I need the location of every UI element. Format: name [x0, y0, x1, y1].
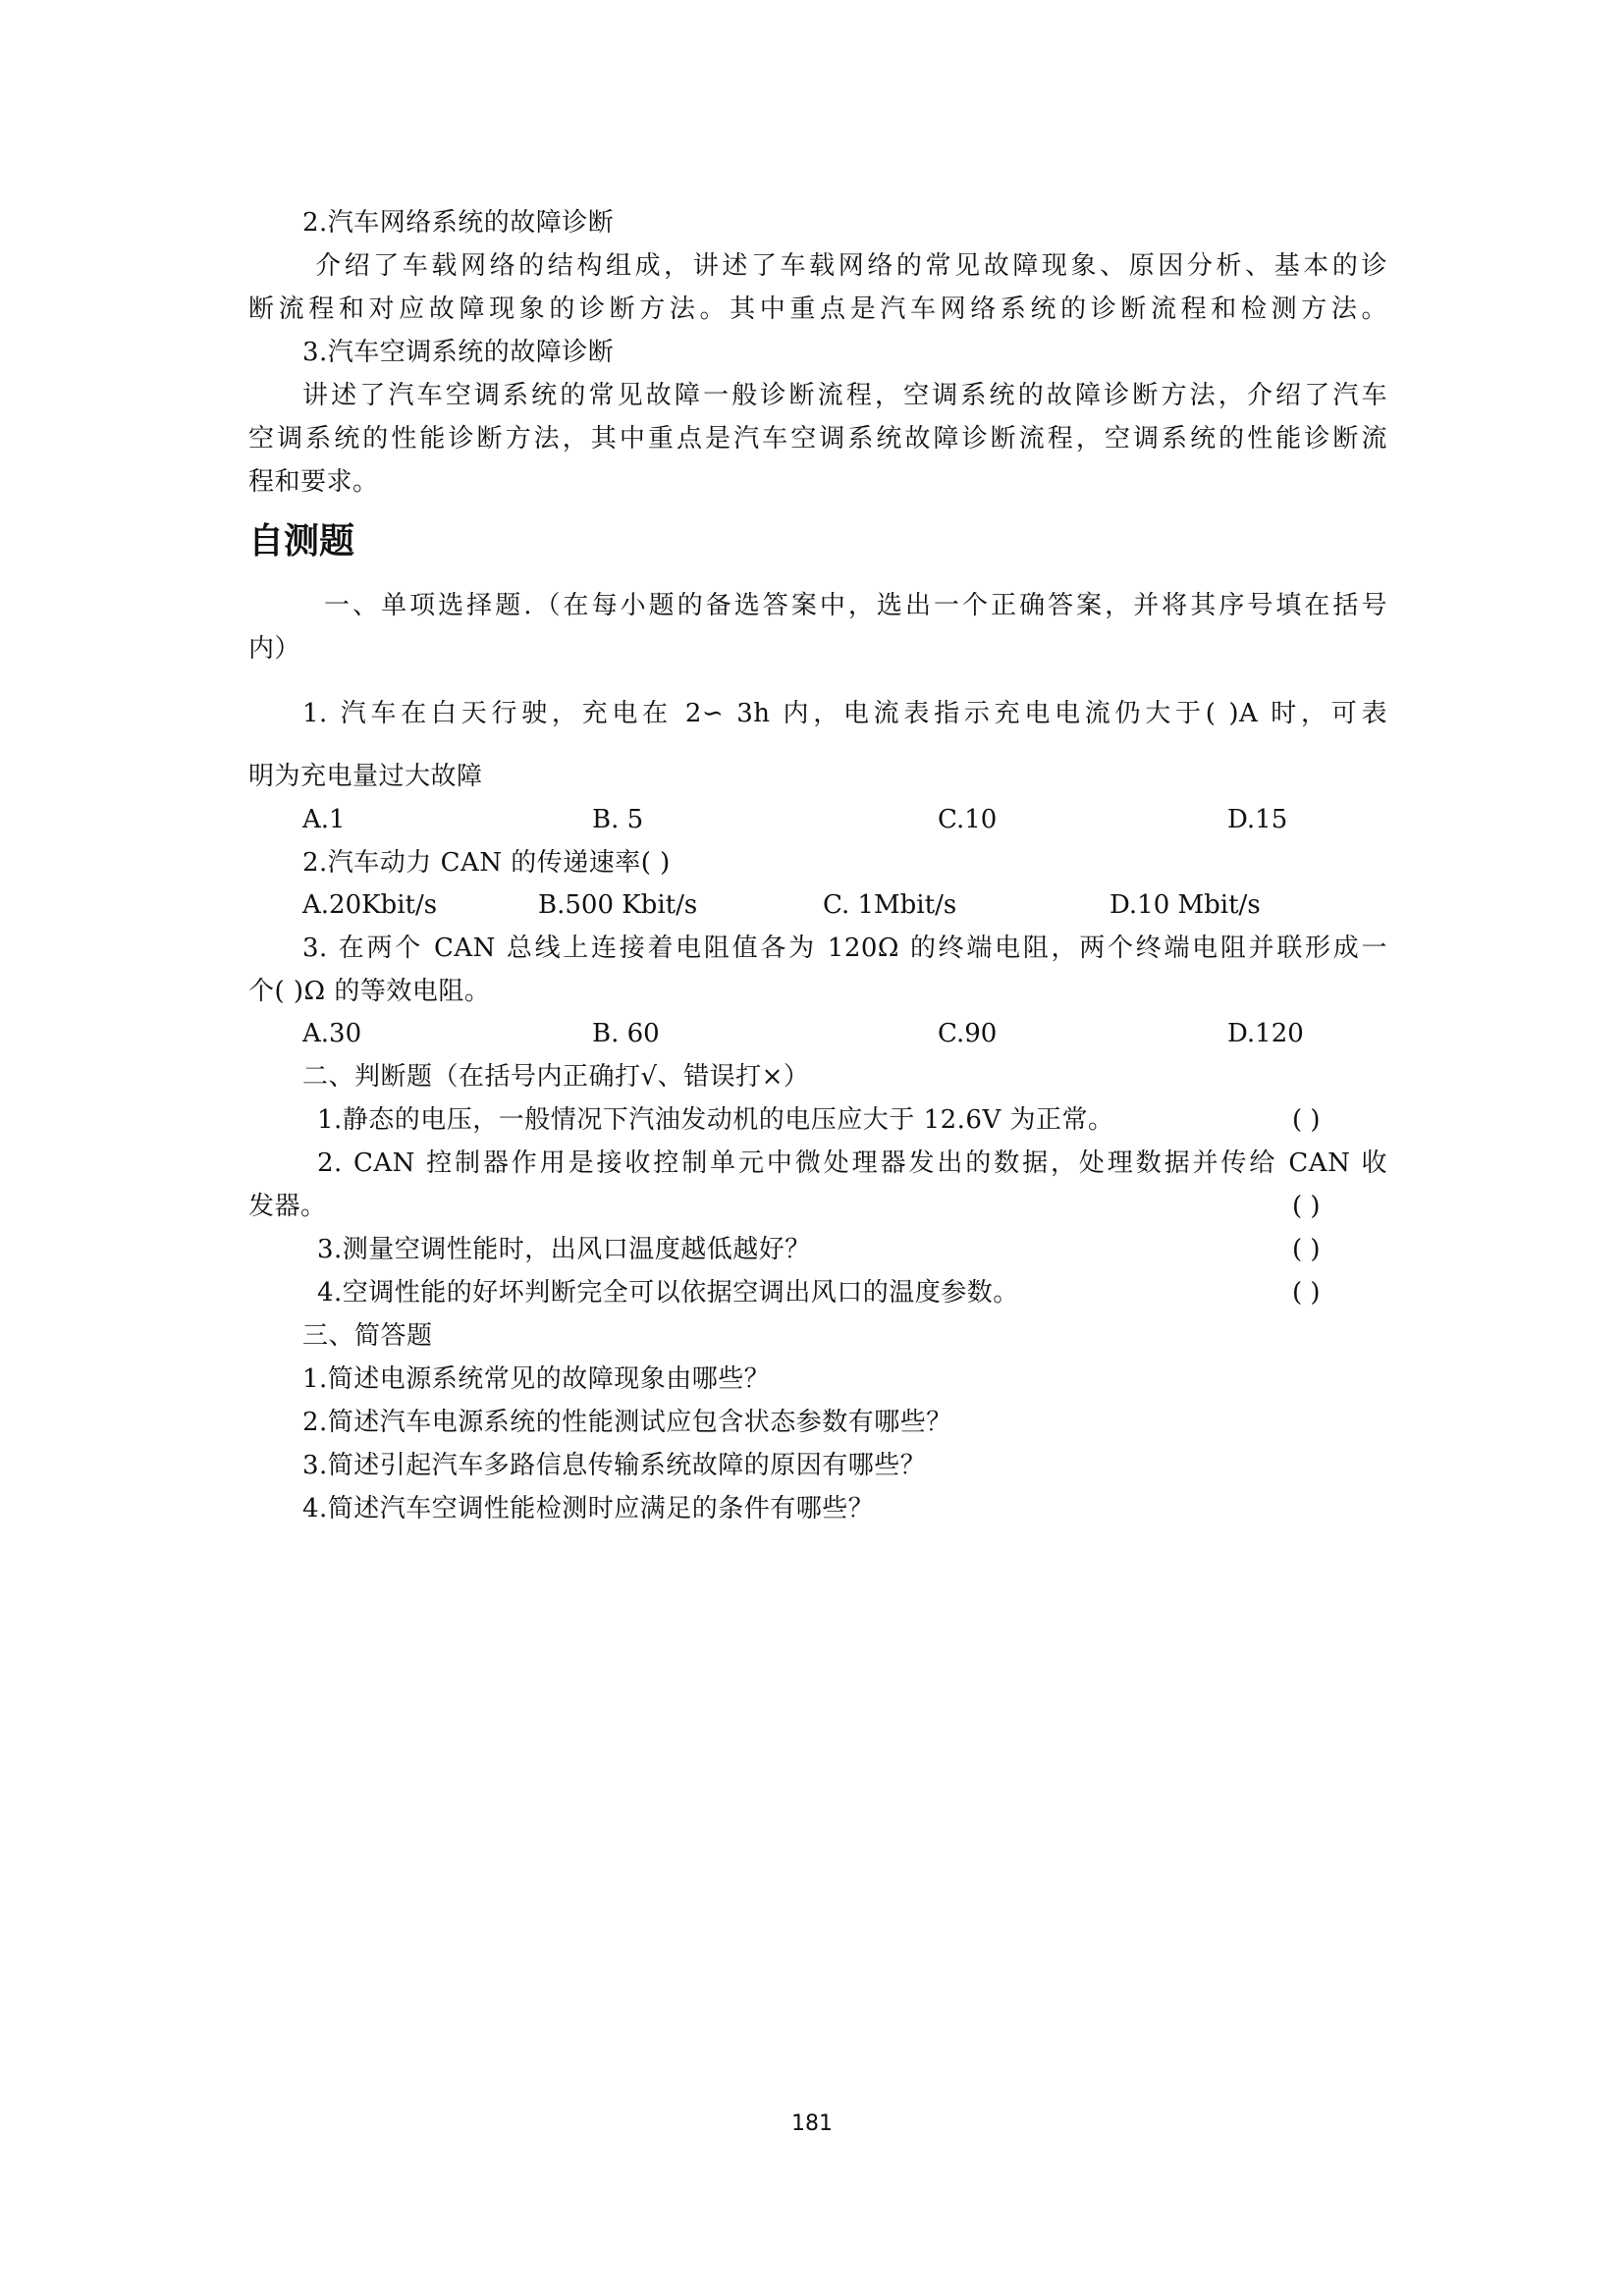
paragraph-line: 空调系统的性能诊断方法，其中重点是汽车空调系统故障诊断流程，空调系统的性能诊断流: [248, 422, 1387, 455]
q2-option-b: B.500 Kbit/s: [538, 888, 697, 922]
q2-option-d: D.10 Mbit/s: [1110, 888, 1261, 922]
part1-heading-cont: 内）: [248, 632, 1387, 666]
judge-2-answer-blank: ( ): [1292, 1190, 1321, 1223]
judge-1-answer-blank: ( ): [1292, 1103, 1321, 1137]
paragraph-line: 断流程和对应故障现象的诊断方法。其中重点是汽车网络系统的诊断流程和检测方法。: [248, 293, 1387, 326]
paragraph-line: 程和要求。: [248, 465, 1387, 499]
q2-option-c: C. 1Mbit/s: [823, 888, 956, 922]
section-title-network: 2.汽车网络系统的故障诊断: [302, 206, 1387, 240]
part2-heading: 二、判断题（在括号内正确打√、错误打×）: [302, 1060, 1387, 1094]
question-3-text-cont: 个( )Ω 的等效电阻。: [248, 975, 1387, 1008]
judge-2-text-cont: 发器。: [248, 1190, 1387, 1223]
part3-heading: 三、简答题: [302, 1319, 1387, 1353]
q1-option-b: B. 5: [592, 803, 643, 836]
part1-heading: 一、单项选择题.（在每小题的备选答案中，选出一个正确答案，并将其序号填在括号: [324, 589, 1387, 622]
judge-3-answer-blank: ( ): [1292, 1233, 1321, 1266]
q1-option-c: C.10: [938, 803, 997, 836]
paragraph-line: 介绍了车载网络的结构组成，讲述了车载网络的常见故障现象、原因分析、基本的诊: [315, 249, 1387, 283]
question-3-text: 3. 在两个 CAN 总线上连接着电阻值各为 120Ω 的终端电阻，两个终端电阻…: [302, 932, 1387, 965]
q1-option-a: A.1: [302, 803, 346, 836]
document-page: 2.汽车网络系统的故障诊断 介绍了车载网络的结构组成，讲述了车载网络的常见故障现…: [0, 0, 1624, 2296]
page-number: 181: [0, 2111, 1624, 2136]
q3-option-c: C.90: [938, 1017, 997, 1050]
q3-option-a: A.30: [302, 1017, 361, 1050]
short-answer-3: 3.简述引起汽车多路信息传输系统故障的原因有哪些？: [302, 1449, 1387, 1482]
short-answer-2: 2.简述汽车电源系统的性能测试应包含状态参数有哪些？: [302, 1406, 1387, 1439]
q3-option-b: B. 60: [592, 1017, 660, 1050]
question-1-text: 1. 汽车在白天行驶，充电在 2∽ 3h 内，电流表指示充电电流仍大于( )A …: [302, 697, 1387, 730]
q1-option-d: D.15: [1227, 803, 1287, 836]
quiz-title: 自测题: [248, 520, 354, 563]
question-2-text: 2.汽车动力 CAN 的传递速率( ): [302, 846, 1387, 880]
judge-3-text: 3.测量空调性能时，出风口温度越低越好？: [317, 1233, 1201, 1266]
judge-1-text: 1.静态的电压，一般情况下汽油发动机的电压应大于 12.6V 为正常。: [317, 1103, 1201, 1137]
judge-4-text: 4.空调性能的好坏判断完全可以依据空调出风口的温度参数。: [317, 1276, 1201, 1309]
section-title-ac: 3.汽车空调系统的故障诊断: [302, 336, 1387, 369]
paragraph-line: 讲述了汽车空调系统的常见故障一般诊断流程，空调系统的故障诊断方法，介绍了汽车: [302, 379, 1387, 412]
short-answer-1: 1.简述电源系统常见的故障现象由哪些？: [302, 1362, 1387, 1396]
q3-option-d: D.120: [1227, 1017, 1304, 1050]
judge-4-answer-blank: ( ): [1292, 1276, 1321, 1309]
q2-option-a: A.20Kbit/s: [302, 888, 437, 922]
question-1-text-cont: 明为充电量过大故障: [248, 760, 1387, 793]
short-answer-4: 4.简述汽车空调性能检测时应满足的条件有哪些？: [302, 1492, 1387, 1525]
judge-2-text: 2. CAN 控制器作用是接收控制单元中微处理器发出的数据，处理数据并传给 CA…: [317, 1147, 1387, 1180]
